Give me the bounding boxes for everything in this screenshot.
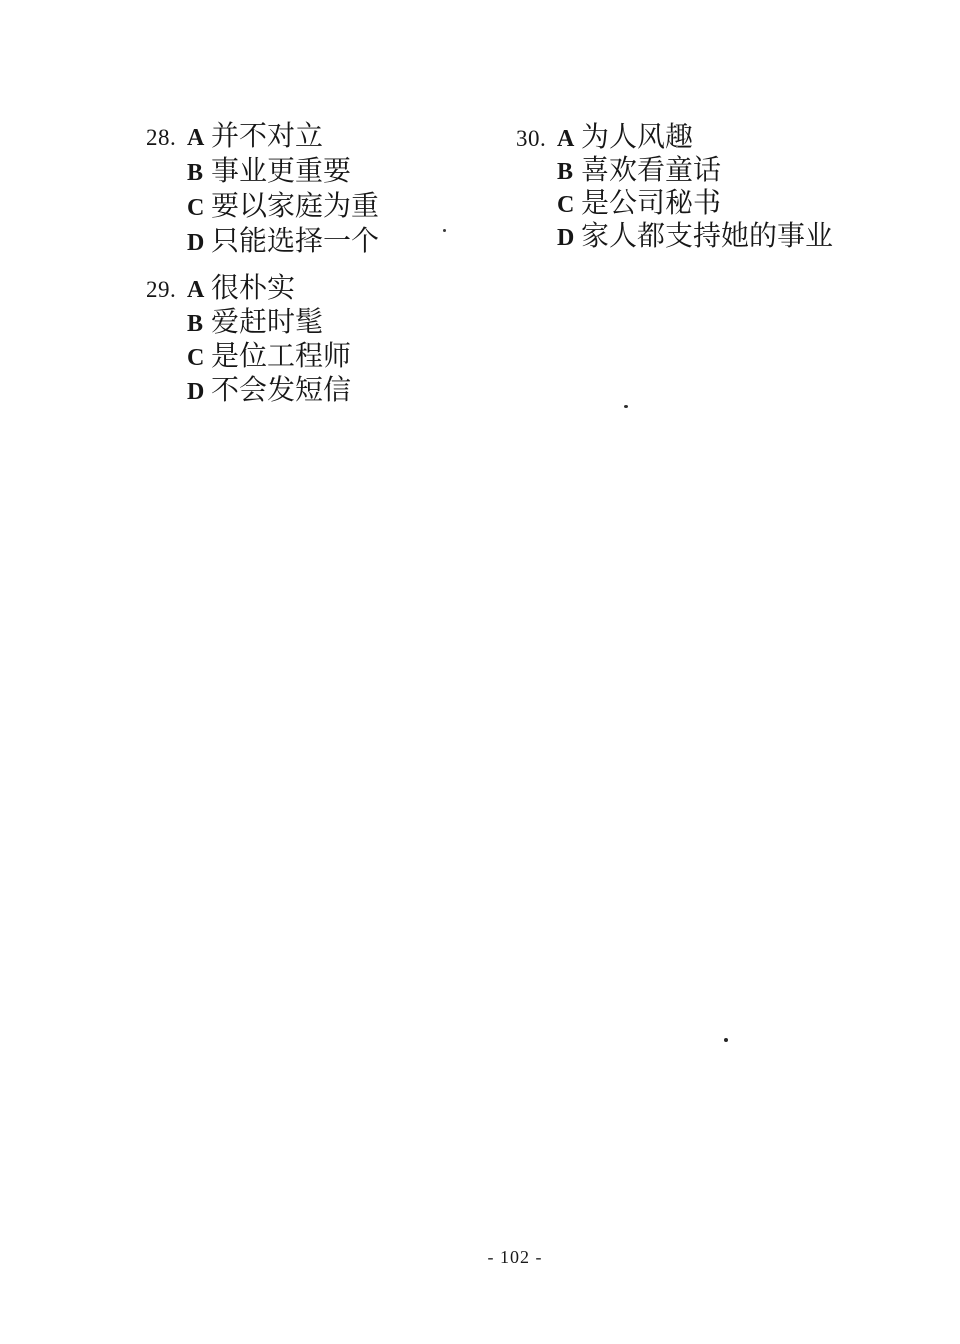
scan-speck — [624, 405, 628, 408]
option-row: C 是公司秘书 — [516, 187, 833, 220]
option-letter: A — [557, 123, 581, 156]
option-text: 事业更重要 — [211, 154, 351, 189]
question-number: 28. — [146, 120, 187, 155]
scanned-exam-page: 28. A 并不对立 B 事业更重要 C 要以家庭为重 D 只能选择一个 29.… — [0, 0, 960, 1344]
question-block-30: 30. A 为人风趣 B 喜欢看童话 C 是公司秘书 D 家人都支持她的事业 — [516, 121, 833, 253]
question-block-28: 28. A 并不对立 B 事业更重要 C 要以家庭为重 D 只能选择一个 — [146, 119, 379, 259]
option-letter: A — [187, 121, 211, 156]
option-row: C 是位工程师 — [146, 340, 351, 374]
option-letter: C — [187, 191, 211, 226]
option-letter: D — [557, 222, 581, 255]
option-letter: C — [557, 189, 581, 222]
option-letter: B — [187, 307, 211, 341]
option-row: B 事业更重要 — [146, 154, 379, 189]
option-text: 是公司秘书 — [581, 187, 721, 220]
option-text: 只能选择一个 — [211, 224, 379, 259]
option-row: C 要以家庭为重 — [146, 189, 379, 224]
option-row: 28. A 并不对立 — [146, 119, 379, 154]
question-block-29: 29. A 很朴实 B 爱赶时髦 C 是位工程师 D 不会发短信 — [146, 272, 351, 408]
option-letter: D — [187, 226, 211, 261]
option-text: 喜欢看童话 — [581, 154, 721, 187]
option-letter: A — [187, 273, 211, 307]
option-letter: B — [187, 156, 211, 191]
scan-speck — [443, 229, 446, 232]
option-text: 为人风趣 — [581, 121, 693, 154]
option-text: 并不对立 — [211, 119, 323, 154]
scan-speck — [676, 146, 678, 148]
option-text: 爱赶时髦 — [211, 306, 323, 340]
option-row: B 爱赶时髦 — [146, 306, 351, 340]
option-row: D 只能选择一个 — [146, 224, 379, 259]
option-text: 很朴实 — [211, 272, 295, 306]
option-text: 家人都支持她的事业 — [581, 220, 833, 253]
option-letter: D — [187, 375, 211, 409]
page-number: - 102 - — [488, 1247, 543, 1268]
option-row: 29. A 很朴实 — [146, 272, 351, 306]
option-row: D 家人都支持她的事业 — [516, 220, 833, 253]
option-row: B 喜欢看童话 — [516, 154, 833, 187]
option-row: D 不会发短信 — [146, 374, 351, 408]
option-letter: B — [557, 156, 581, 189]
option-text: 是位工程师 — [211, 340, 351, 374]
scan-speck — [724, 1038, 728, 1042]
option-text: 不会发短信 — [211, 374, 351, 408]
question-number: 30. — [516, 122, 557, 155]
question-number: 29. — [146, 273, 187, 307]
option-text: 要以家庭为重 — [211, 189, 379, 224]
option-row: 30. A 为人风趣 — [516, 121, 833, 154]
option-letter: C — [187, 341, 211, 375]
